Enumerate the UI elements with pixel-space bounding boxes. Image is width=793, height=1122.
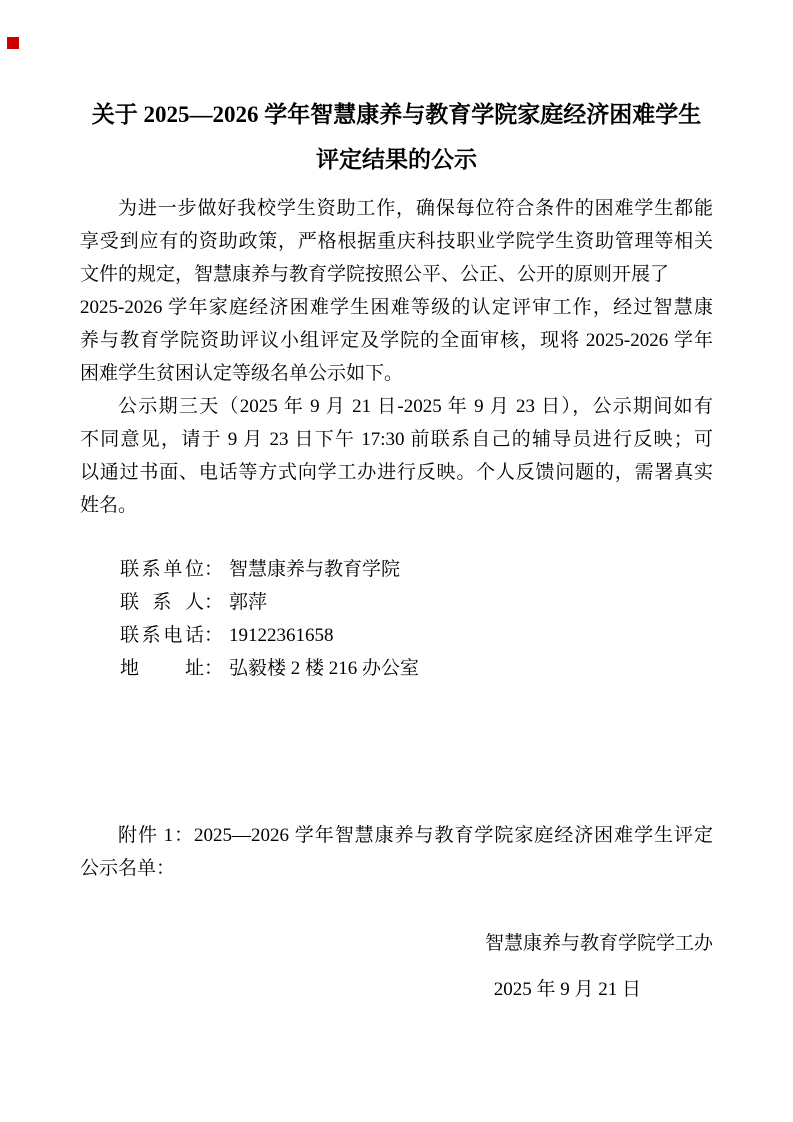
contact-label: 地址 [120,652,204,685]
paragraph-intro: 为进一步做好我校学生资助工作，确保每位符合条件的困难学生都能 享受到应有的资助政… [80,192,713,390]
paragraph-line: 文件的规定，智慧康养与教育学院按照公平、公正、公开的原则开展了 [80,258,713,291]
contact-value: 郭萍 [229,592,267,613]
contact-value: 弘毅楼 2 楼 216 办公室 [229,658,419,679]
attachment-line: 附件 1：2025—2026 学年智慧康养与教育学院家庭经济困难学生评定 [80,819,713,852]
title-line-2: 评定结果的公示 [80,137,713,182]
paragraph-line: 以通过书面、电话等方式向学工办进行反映。个人反馈问题的，需署真实 [80,456,713,489]
paragraph-line: 不同意见，请于 9 月 23 日下午 17:30 前联系自己的辅导员进行反映；可 [80,423,713,456]
document-body: 为进一步做好我校学生资助工作，确保每位符合条件的困难学生都能 享受到应有的资助政… [80,192,713,1006]
paragraph-line: 为进一步做好我校学生资助工作，确保每位符合条件的困难学生都能 [80,192,713,225]
contact-value: 智慧康养与教育学院 [229,559,400,580]
contact-label: 联系人 [120,586,204,619]
paragraph-line: 2025-2026 学年家庭经济困难学生困难等级的认定评审工作，经过智慧康 [80,291,713,324]
contact-separator: ： [204,658,223,679]
paragraph-line: 养与教育学院资助评议小组评定及学院的全面审核，现将 2025-2026 学年 [80,324,713,357]
paragraph-notice-period: 公示期三天（2025 年 9 月 21 日-2025 年 9 月 23 日），公… [80,390,713,522]
signature-block: 智慧康养与教育学院学工办 2025 年 9 月 21 日 [80,927,713,1006]
document-title: 关于 2025—2026 学年智慧康养与教育学院家庭经济困难学生 评定结果的公示 [80,92,713,182]
contact-value: 19122361658 [229,625,334,646]
contact-label: 联系电话 [120,619,204,652]
signature-organization: 智慧康养与教育学院学工办 [80,927,713,960]
document-content: 关于 2025—2026 学年智慧康养与教育学院家庭经济困难学生 评定结果的公示… [80,0,713,1006]
contact-block: 联系单位：智慧康养与教育学院 联系人：郭萍 联系电话：19122361658 地… [80,553,713,685]
paragraph-line: 公示期三天（2025 年 9 月 21 日-2025 年 9 月 23 日），公… [80,390,713,423]
contact-separator: ： [204,592,223,613]
contact-separator: ： [204,625,223,646]
paragraph-line: 姓名。 [80,489,713,522]
document-page: 关于 2025—2026 学年智慧康养与教育学院家庭经济困难学生 评定结果的公示… [0,0,793,1122]
contact-separator: ： [204,559,223,580]
title-line-1: 关于 2025—2026 学年智慧康养与教育学院家庭经济困难学生 [80,92,713,137]
paragraph-line: 享受到应有的资助政策，严格根据重庆科技职业学院学生资助管理等相关 [80,225,713,258]
contact-phone-row: 联系电话：19122361658 [120,619,713,652]
attachment-block: 附件 1：2025—2026 学年智慧康养与教育学院家庭经济困难学生评定 公示名… [80,819,713,885]
contact-address-row: 地址：弘毅楼 2 楼 216 办公室 [120,652,713,685]
contact-person-row: 联系人：郭萍 [120,586,713,619]
red-square-marker [7,37,19,49]
paragraph-line: 困难学生贫困认定等级名单公示如下。 [80,357,713,390]
contact-label: 联系单位 [120,553,204,586]
contact-unit-row: 联系单位：智慧康养与教育学院 [120,553,713,586]
signature-date: 2025 年 9 月 21 日 [80,973,713,1006]
attachment-line: 公示名单： [80,852,713,885]
